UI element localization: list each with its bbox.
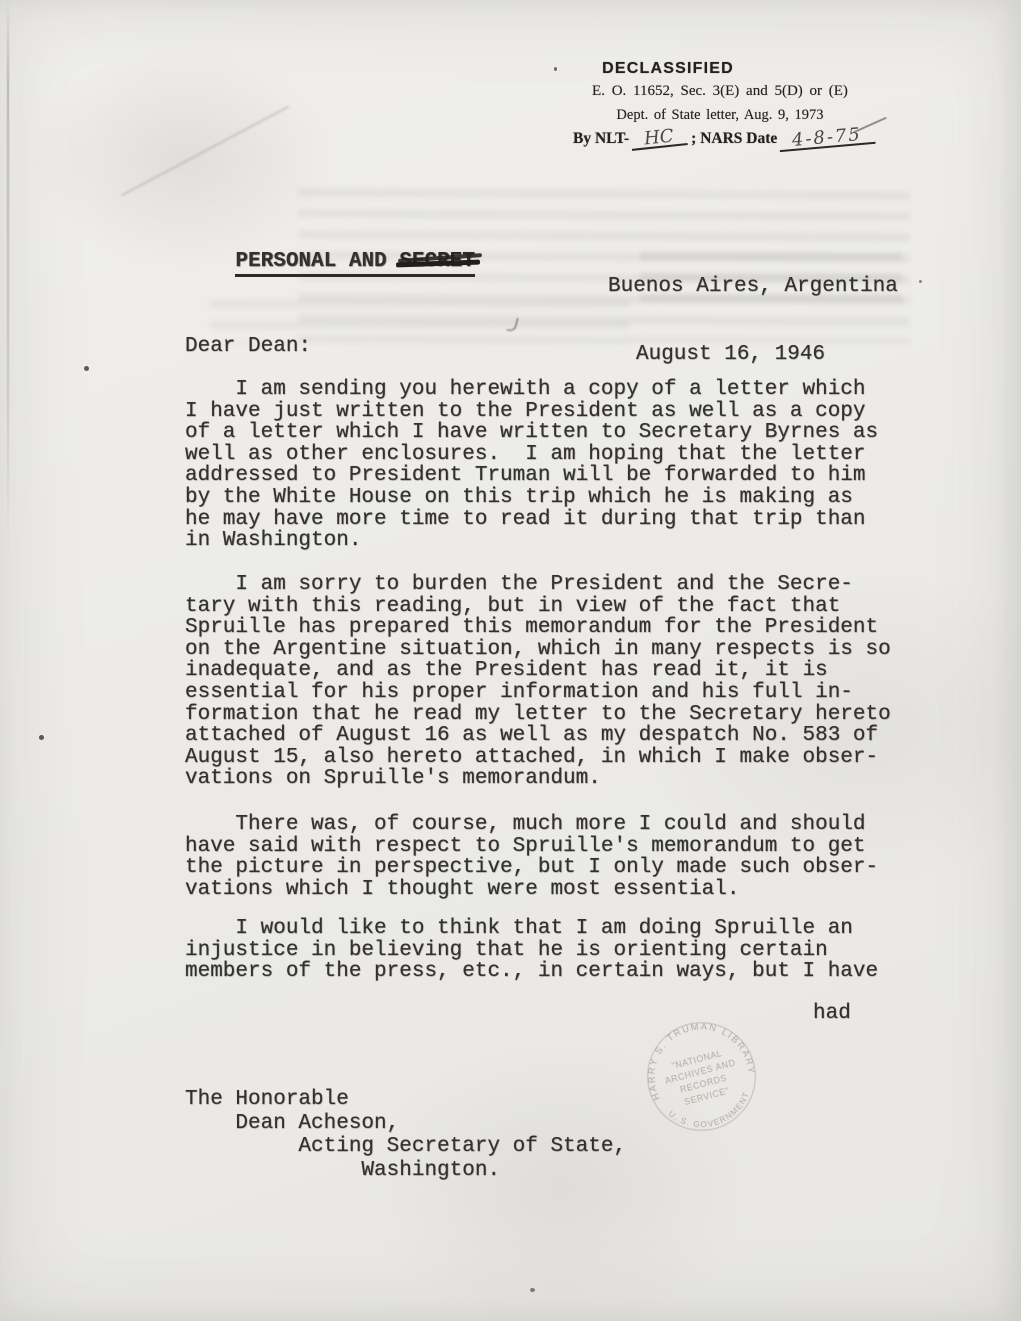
- classification-struck-secret: SECRET: [399, 251, 475, 273]
- declassified-title: DECLASSIFIED: [503, 60, 833, 78]
- dateline-place: Buenos Aires, Argentina: [608, 276, 898, 298]
- pencil-mark: [506, 316, 518, 333]
- dept-state-line: Dept. of State letter, Aug. 9, 1973: [555, 107, 885, 124]
- paragraph-3: There was, of course, much more I could …: [185, 814, 910, 900]
- nars-date-label: NARS Date: [700, 130, 777, 147]
- letter-page: DECLASSIFIED E. O. 11652, Sec. 3(E) and …: [0, 0, 1021, 1321]
- declassification-stamp: DECLASSIFIED E. O. 11652, Sec. 3(E) and …: [555, 60, 885, 148]
- paragraph-4: I would like to think that I am doing Sp…: [185, 918, 910, 983]
- paper-crease: [121, 105, 289, 196]
- by-handwritten-initials: HC: [630, 127, 688, 151]
- classification-prefix: PERSONAL AND: [235, 250, 399, 273]
- classification-header: PERSONAL AND SECRET: [185, 229, 475, 299]
- paper-speck: [84, 366, 89, 371]
- archives-stamp: HARRY S. TRUMAN LIBRARY U. S. GOVERNMENT…: [618, 993, 786, 1161]
- paragraph-1: I am sending you herewith a copy of a le…: [185, 379, 910, 552]
- scan-edge-line: [7, 0, 9, 540]
- separator: ;: [691, 130, 696, 147]
- declass-signature-line: By NLT-HC; NARS Date4-8-75: [555, 130, 885, 148]
- paragraph-2: I am sorry to burden the President and t…: [185, 574, 910, 790]
- executive-order-line: E. O. 11652, Sec. 3(E) and 5(D) or (E): [555, 83, 885, 100]
- dateline-date: August 16, 1946: [636, 344, 898, 366]
- catchword: had: [813, 1003, 851, 1025]
- classification-underlined: PERSONAL AND SECRET: [235, 251, 474, 278]
- address-block: The Honorable Dean Acheson, Acting Secre…: [185, 1088, 626, 1182]
- paper-speck: [919, 280, 922, 283]
- paper-speck: [39, 735, 44, 740]
- paper-speck: [530, 1288, 535, 1292]
- salutation: Dear Dean:: [185, 336, 311, 358]
- by-label: By NLT-: [573, 130, 629, 147]
